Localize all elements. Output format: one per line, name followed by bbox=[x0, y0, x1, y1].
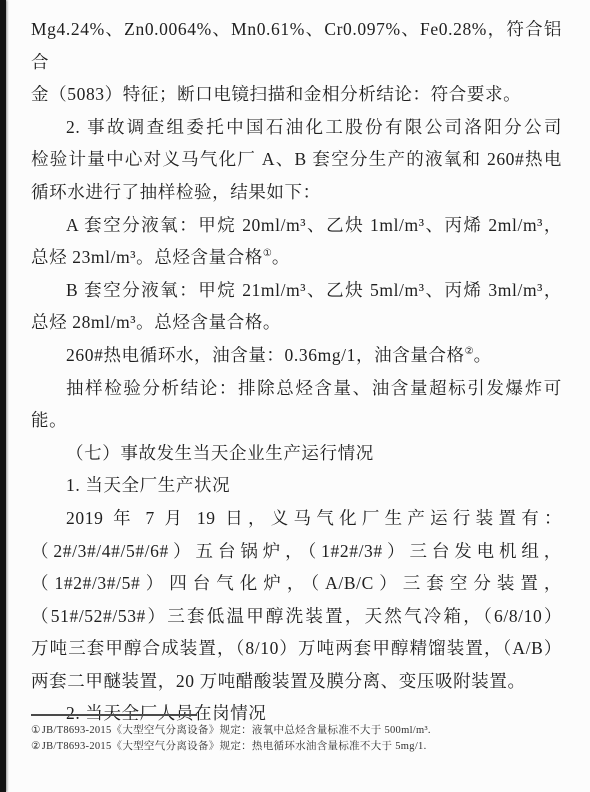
footnote: ②JB/T8693-2015《大型空气分离设备》规定：热电循环水油含量标准不大于… bbox=[31, 739, 562, 755]
text-line: 260#热电循环水，油含量：0.36mg/1，油含量合格②。 bbox=[31, 339, 562, 372]
text-line: 抽样检验分析结论：排除总烃含量、油含量超标引发爆炸可 bbox=[31, 372, 562, 405]
text-line: 2. 事故调查组委托中国石油化工股份有限公司洛阳分公司 bbox=[31, 111, 562, 144]
text-line: 总烃 28ml/m³。总烃含量合格。 bbox=[31, 306, 562, 339]
text-line: 金（5083）特征；断口电镜扫描和金相分析结论：符合要求。 bbox=[31, 78, 562, 111]
footnote-text: JB/T8693-2015《大型空气分离设备》规定：热电循环水油含量标准不大于 … bbox=[42, 741, 427, 752]
text-line: 检验计量中心对义马气化厂 A、B 套空分生产的液氧和 260#热电 bbox=[31, 143, 562, 176]
text-line: Mg4.24%、Zn0.0064%、Mn0.61%、Cr0.097%、Fe0.2… bbox=[31, 13, 562, 78]
footnotes-section: ①JB/T8693-2015《大型空气分离设备》规定：液氧中总烃含量标准不大于 … bbox=[31, 714, 562, 755]
footnote-list: ①JB/T8693-2015《大型空气分离设备》规定：液氧中总烃含量标准不大于 … bbox=[31, 723, 562, 755]
footnote-text: JB/T8693-2015《大型空气分离设备》规定：液氧中总烃含量标准不大于 5… bbox=[42, 725, 431, 736]
text-line: 万吨三套甲醇合成装置，（8/10）万吨两套甲醇精馏装置，（A/B） bbox=[31, 632, 562, 665]
section-heading-7: （七）事故发生当天企业生产运行情况 bbox=[31, 437, 562, 470]
text-line: （1#2#/3#/5#）四台气化炉，（A/B/C）三套空分装置， bbox=[31, 567, 562, 600]
text-line: （51#/52#/53#）三套低温甲醇洗装置，天然气冷箱，（6/8/10） bbox=[31, 600, 562, 633]
footnote: ①JB/T8693-2015《大型空气分离设备》规定：液氧中总烃含量标准不大于 … bbox=[31, 723, 562, 739]
text-line: 总烃 23ml/m³。总烃含量合格①。 bbox=[31, 241, 562, 274]
footnote-reference: ① bbox=[263, 248, 272, 259]
footnote-marker: ② bbox=[31, 741, 41, 752]
subheading-1: 1. 当天全厂生产状况 bbox=[31, 469, 562, 502]
footnote-reference: ② bbox=[465, 346, 474, 357]
text-line: 两套二甲醚装置，20 万吨醋酸装置及膜分离、变压吸附装置。 bbox=[31, 665, 562, 698]
text-line: A 套空分液氧：甲烷 20ml/m³、乙炔 1ml/m³、丙烯 2ml/m³， bbox=[31, 209, 562, 242]
text-line: B 套空分液氧：甲烷 21ml/m³、乙炔 5ml/m³、丙烯 3ml/m³， bbox=[31, 274, 562, 307]
document-body: Mg4.24%、Zn0.0064%、Mn0.61%、Cr0.097%、Fe0.2… bbox=[31, 13, 562, 730]
footnote-separator bbox=[31, 714, 197, 716]
text-line: 能。 bbox=[31, 404, 562, 437]
text-line: 循环水进行了抽样检验，结果如下： bbox=[31, 176, 562, 209]
text-line: （2#/3#/4#/5#/6#）五台锅炉，（1#2#/3#）三台发电机组， bbox=[31, 535, 562, 568]
scan-edge-artifact bbox=[0, 0, 6, 792]
footnote-marker: ① bbox=[31, 725, 41, 736]
text-line: 2019 年 7 月 19 日，义马气化厂生产运行装置有： bbox=[31, 502, 562, 535]
document-page: Mg4.24%、Zn0.0064%、Mn0.61%、Cr0.097%、Fe0.2… bbox=[0, 0, 590, 792]
